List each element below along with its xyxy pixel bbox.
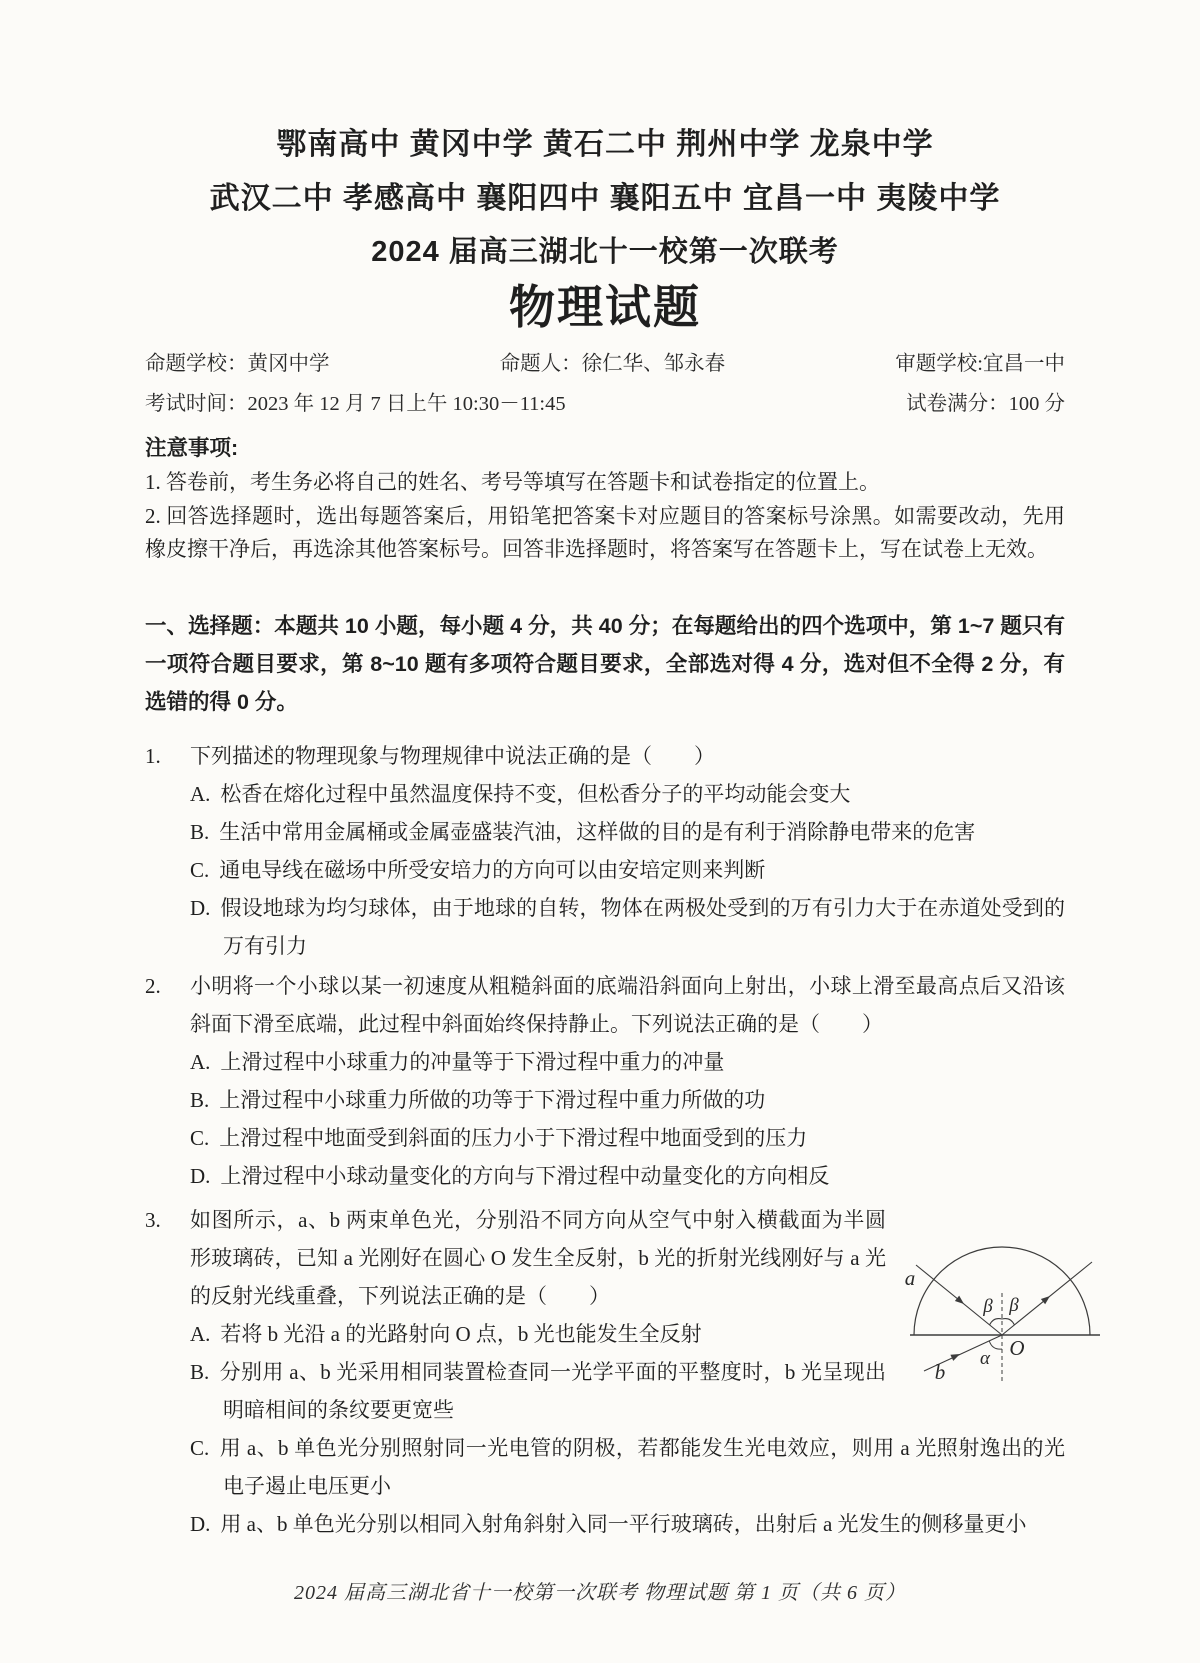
option-text: 通电导线在磁场中所受安培力的方向可以由安培定则来判断 xyxy=(219,858,765,882)
figure-label-b: b xyxy=(935,1360,946,1384)
question-1-number: 1. xyxy=(145,737,187,775)
section-1-header: 一、选择题：本题共 10 小题，每小题 4 分，共 40 分；在每题给出的四个选… xyxy=(145,607,1065,721)
question-2-stem: 小明将一个小球以某一初速度从粗糙斜面的底端沿斜面向上射出，小球上滑至最高点后又沿… xyxy=(190,967,1065,1043)
figure-label-a: a xyxy=(905,1266,916,1290)
paper-title: 物理试题 xyxy=(145,278,1065,336)
option-text: 上滑过程中小球重力的冲量等于下滑过程中重力的冲量 xyxy=(220,1050,724,1074)
full-score: 试卷满分：100 分 xyxy=(906,384,1065,424)
schools-line-2: 武汉二中 孝感高中 襄阳四中 襄阳五中 宜昌一中 夷陵中学 xyxy=(145,172,1065,226)
schools-line-1: 鄂南高中 黄冈中学 黄石二中 荆州中学 龙泉中学 xyxy=(145,118,1065,172)
option-letter: D. xyxy=(190,1164,210,1188)
question-1-option-a: A.松香在熔化过程中虽然温度保持不变，但松香分子的平均动能会变大 xyxy=(190,775,1065,813)
option-letter: A. xyxy=(190,1050,210,1074)
figure-label-beta-left: β xyxy=(982,1296,993,1317)
option-text: 松香在熔化过程中虽然温度保持不变，但松香分子的平均动能会变大 xyxy=(220,782,850,806)
question-1-option-b: B.生活中常用金属桶或金属壶盛装汽油，这样做的目的是有利于消除静电带来的危害 xyxy=(190,813,1065,851)
option-text: 分别用 a、b 光采用相同装置检查同一光学平面的平整度时，b 光呈现出明暗相间的… xyxy=(219,1360,886,1422)
question-1-option-c: C.通电导线在磁场中所受安培力的方向可以由安培定则来判断 xyxy=(190,851,1065,889)
option-text: 上滑过程中小球动量变化的方向与下滑过程中动量变化的方向相反 xyxy=(220,1164,829,1188)
option-text: 假设地球为均匀球体，由于地球的自转，物体在两极处受到的万有引力大于在赤道处受到的… xyxy=(220,896,1065,958)
beta-left-angle-mark xyxy=(990,1318,1002,1324)
question-2-option-a: A.上滑过程中小球重力的冲量等于下滑过程中重力的冲量 xyxy=(190,1043,1065,1081)
option-text: 用 a、b 单色光分别以相同入射角斜射入同一平行玻璃砖，出射后 a 光发生的侧移… xyxy=(220,1512,1026,1536)
option-text: 生活中常用金属桶或金属壶盛装汽油，这样做的目的是有利于消除静电带来的危害 xyxy=(219,820,975,844)
option-text: 上滑过程中地面受到斜面的压力小于下滑过程中地面受到的压力 xyxy=(219,1126,807,1150)
option-text: 若将 b 光沿 a 的光路射向 O 点，b 光也能发生全反射 xyxy=(220,1322,701,1346)
question-3-option-d: D.用 a、b 单色光分别以相同入射角斜射入同一平行玻璃砖，出射后 a 光发生的… xyxy=(190,1505,1065,1543)
notice-heading: 注意事项: xyxy=(145,430,1065,466)
option-letter: A. xyxy=(190,1322,210,1346)
option-letter: C. xyxy=(190,1126,209,1150)
ray-b-arrowhead xyxy=(950,1350,961,1360)
exam-session-line: 2024 届高三湖北十一校第一次联考 xyxy=(145,226,1065,278)
option-letter: B. xyxy=(190,1088,209,1112)
figure-label-O: O xyxy=(1009,1336,1024,1360)
semicircular-glass-brick-diagram: a b O β β α xyxy=(898,1237,1108,1389)
question-1-stem: 下列描述的物理现象与物理规律中说法正确的是（ ） xyxy=(190,737,1065,775)
option-text: 上滑过程中小球重力所做的功等于下滑过程中重力所做的功 xyxy=(219,1088,765,1112)
page-content: 鄂南高中 黄冈中学 黄石二中 荆州中学 龙泉中学 武汉二中 孝感高中 襄阳四中 … xyxy=(145,118,1065,1543)
setter-school: 命题学校：黄冈中学 xyxy=(145,344,330,384)
question-2-option-b: B.上滑过程中小球重力所做的功等于下滑过程中重力所做的功 xyxy=(190,1081,1065,1119)
reviewer-school: 审题学校:宜昌一中 xyxy=(895,344,1065,384)
notice-item-2: 2. 回答选择题时，选出每题答案后，用铅笔把答案卡对应题目的答案标号涂黑。如需要… xyxy=(145,500,1065,567)
question-2-number: 2. xyxy=(145,967,187,1005)
notice-block: 注意事项: 1. 答卷前，考生务必将自己的姓名、考号等填写在答题卡和试卷指定的位… xyxy=(145,430,1065,567)
page-footer: 2024 届高三湖北省十一校第一次联考 物理试题 第 1 页（共 6 页） xyxy=(0,1576,1200,1605)
alpha-angle-mark xyxy=(989,1341,1002,1349)
option-text: 用 a、b 单色光分别照射同一光电管的阴极，若都能发生光电效应，则用 a 光照射… xyxy=(219,1436,1065,1498)
meta-row-1: 命题学校：黄冈中学 命题人：徐仁华、邹永春 审题学校:宜昌一中 xyxy=(145,344,1065,384)
question-2: 2. 小明将一个小球以某一初速度从粗糙斜面的底端沿斜面向上射出，小球上滑至最高点… xyxy=(145,967,1065,1195)
figure-label-beta-right: β xyxy=(1008,1295,1019,1316)
option-letter: D. xyxy=(190,896,210,920)
question-1: 1. 下列描述的物理现象与物理规律中说法正确的是（ ） A.松香在熔化过程中虽然… xyxy=(145,737,1065,965)
exam-meta: 命题学校：黄冈中学 命题人：徐仁华、邹永春 审题学校:宜昌一中 考试时间：202… xyxy=(145,344,1065,424)
option-letter: C. xyxy=(190,1436,209,1460)
beta-right-angle-mark xyxy=(1002,1318,1014,1324)
notice-item-1: 1. 答卷前，考生务必将自己的姓名、考号等填写在答题卡和试卷指定的位置上。 xyxy=(145,466,1065,500)
option-letter: C. xyxy=(190,858,209,882)
question-2-option-c: C.上滑过程中地面受到斜面的压力小于下滑过程中地面受到的压力 xyxy=(190,1119,1065,1157)
question-3: 3. xyxy=(145,1201,1065,1543)
meta-row-2: 考试时间：2023 年 12 月 7 日上午 10:30－11:45 试卷满分：… xyxy=(145,384,1065,424)
exam-time: 考试时间：2023 年 12 月 7 日上午 10:30－11:45 xyxy=(145,384,566,424)
figure-label-alpha: α xyxy=(980,1348,991,1369)
question-3-number: 3. xyxy=(145,1201,187,1239)
option-letter: B. xyxy=(190,820,209,844)
option-letter: B. xyxy=(190,1360,209,1384)
option-letter: D. xyxy=(190,1512,210,1536)
option-letter: A. xyxy=(190,782,210,806)
setters: 命题人：徐仁华、邹永春 xyxy=(500,344,726,384)
exam-paper-page: 鄂南高中 黄冈中学 黄石二中 荆州中学 龙泉中学 武汉二中 孝感高中 襄阳四中 … xyxy=(0,0,1200,1663)
question-3-figure: a b O β β α xyxy=(898,1237,1108,1389)
question-1-option-d: D.假设地球为均匀球体，由于地球的自转，物体在两极处受到的万有引力大于在赤道处受… xyxy=(190,889,1065,965)
question-2-option-d: D.上滑过程中小球动量变化的方向与下滑过程中动量变化的方向相反 xyxy=(190,1157,1065,1195)
question-3-option-c: C.用 a、b 单色光分别照射同一光电管的阴极，若都能发生光电效应，则用 a 光… xyxy=(190,1429,1065,1505)
